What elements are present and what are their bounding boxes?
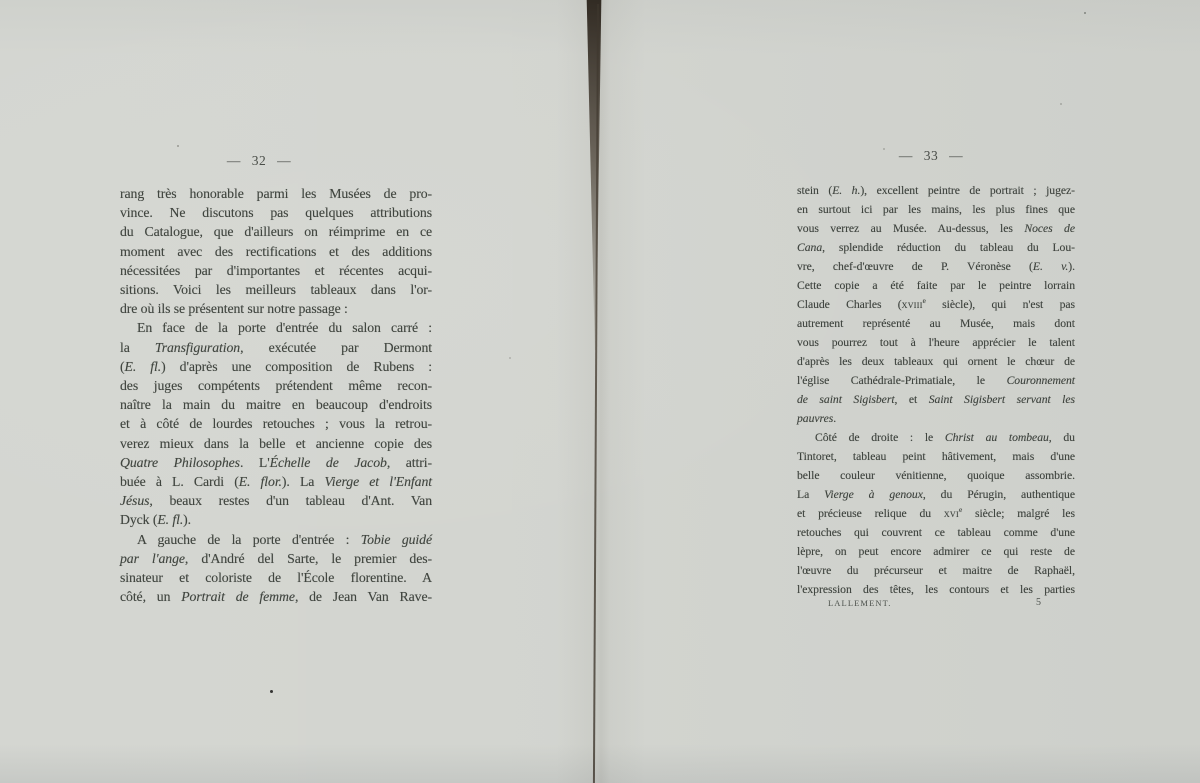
text-line: belle couleur vénitienne, quoique assomb…	[797, 466, 1075, 485]
text-segment: ).	[1068, 260, 1075, 273]
text-segment: vre, chef-d'œuvre de P. Véronèse (	[797, 260, 1033, 273]
text-segment: autrement représenté au Musée, mais dont	[797, 317, 1075, 330]
text-segment: des juges compétents prétendent même rec…	[120, 378, 432, 393]
text-segment: retouches qui couvrent ce tableau comme …	[797, 526, 1075, 539]
printer-signature: LALLEMENT.	[828, 598, 891, 608]
text-line: d'après les deux tableaux qui ornent le …	[797, 352, 1075, 371]
page-left: — 32 — rang très honorable parmi les Mus…	[0, 0, 600, 783]
text-segment: , de Jean Van Rave-	[295, 589, 432, 604]
text-segment: Côté de droite : le	[815, 431, 945, 444]
text-line: côté, un Portrait de femme, de Jean Van …	[120, 587, 432, 606]
text-segment: stein (	[797, 184, 832, 197]
italic-text: Christ au tombeau	[945, 431, 1049, 444]
text-segment: , du Pérugin, authentique	[923, 488, 1075, 501]
text-segment: vous verrez au Musée. Au-dessus, les	[797, 222, 1024, 235]
text-line: Dyck (E. fl.).	[120, 510, 432, 529]
text-segment: xvi	[944, 507, 959, 520]
text-segment: l'œuvre du précurseur et maitre de Rapha…	[797, 564, 1075, 577]
page-left-text-column: rang très honorable parmi les Musées de …	[120, 184, 432, 606]
text-line: lèpre, on peut encore admirer ce qui res…	[797, 542, 1075, 561]
text-line: en surtout ici par les mains, les plus f…	[797, 200, 1075, 219]
gutter-shadow-band	[556, 0, 646, 783]
text-line: En face de la porte d'entrée du salon ca…	[120, 318, 432, 337]
italic-text: Quatre Philosophes	[120, 455, 240, 470]
text-segment: xviii	[902, 298, 923, 311]
text-line: moment avec des rectifications et des ad…	[120, 242, 432, 261]
text-line: naître la main du maitre en beaucoup d'e…	[120, 395, 432, 414]
italic-text: par l'ange	[120, 551, 185, 566]
text-line: Côté de droite : le Christ au tombeau, d…	[797, 428, 1075, 447]
text-line: Cette copie a été faite par le peintre l…	[797, 276, 1075, 295]
italic-text: Cana	[797, 241, 822, 254]
italic-text: Portrait de femme	[181, 589, 295, 604]
text-line: par l'ange, d'André del Sarte, le premie…	[120, 549, 432, 568]
paper-speck	[1084, 12, 1086, 14]
text-line: A gauche de la porte d'entrée : Tobie gu…	[120, 530, 432, 549]
text-segment: ) d'après une composition de Rubens :	[161, 359, 432, 374]
text-line: vous verrez au Musée. Au-dessus, les Noc…	[797, 219, 1075, 238]
text-segment: l'église Cathédrale-Primatiale, le	[797, 374, 1007, 387]
text-line: l'expression des têtes, les contours et …	[797, 580, 1075, 599]
open-book-photo: — 32 — rang très honorable parmi les Mus…	[0, 0, 1200, 783]
paper-speck	[177, 145, 179, 147]
text-line: retouches qui couvrent ce tableau comme …	[797, 523, 1075, 542]
text-segment: , beaux restes d'un tableau d'Ant. Van	[149, 493, 432, 508]
italic-text: Jésus	[120, 493, 149, 508]
page-right: — 33 — stein (E. h.), excellent peintre …	[600, 0, 1200, 783]
text-segment: la	[120, 340, 155, 355]
italic-text: Transfiguration	[155, 340, 240, 355]
text-line: dre où ils se présentent sur notre passa…	[120, 299, 432, 318]
paper-speck	[509, 357, 511, 359]
text-segment: nécessitées par d'importantes et récente…	[120, 263, 432, 278]
italic-text: Échelle de Jacob	[270, 455, 387, 470]
text-segment: sitions. Voici les meilleurs tableaux da…	[120, 282, 432, 297]
text-segment: lèpre, on peut encore admirer ce qui res…	[797, 545, 1075, 558]
text-segment: .	[833, 412, 836, 425]
text-line: l'église Cathédrale-Primatiale, le Couro…	[797, 371, 1075, 390]
text-line: Cana, splendide réduction du tableau du …	[797, 238, 1075, 257]
text-line: sinateur et coloriste de l'École florent…	[120, 568, 432, 587]
text-segment: Cette copie a été faite par le peintre l…	[797, 279, 1075, 292]
text-segment: Tintoret, tableau peint hâtivement, mais…	[797, 450, 1075, 463]
text-segment: vince. Ne discutons pas quelques attribu…	[120, 205, 432, 220]
text-segment: buée à L. Cardi (	[120, 474, 239, 489]
text-line: et à côté de lourdes retouches ; vous la…	[120, 414, 432, 433]
italic-text: E. flor.	[239, 474, 282, 489]
text-line: vous pourrez tout à l'heure apprécier le…	[797, 333, 1075, 352]
text-segment: En face de la porte d'entrée du salon ca…	[137, 320, 432, 335]
text-segment: belle couleur vénitienne, quoique assomb…	[797, 469, 1075, 482]
page-number-left: — 32 —	[189, 153, 329, 169]
text-line: des juges compétents prétendent même rec…	[120, 376, 432, 395]
text-segment: , et	[895, 393, 929, 406]
text-line: La Vierge à genoux, du Pérugin, authenti…	[797, 485, 1075, 504]
text-segment: dre où ils se présentent sur notre passa…	[120, 301, 348, 316]
text-segment: Claude Charles (	[797, 298, 902, 311]
text-segment: naître la main du maitre en beaucoup d'e…	[120, 397, 432, 412]
text-segment: l'expression des têtes, les contours et …	[797, 583, 1075, 596]
text-segment: sinateur et coloriste de l'École florent…	[120, 570, 432, 585]
text-segment: verez mieux dans la belle et ancienne co…	[120, 436, 432, 451]
text-line: vince. Ne discutons pas quelques attribu…	[120, 203, 432, 222]
text-line: Claude Charles (xviiie siècle), qui n'es…	[797, 295, 1075, 314]
text-segment: côté, un	[120, 589, 181, 604]
text-segment: du Catalogue, que d'ailleurs on réimprim…	[120, 224, 432, 239]
text-segment: siècle), qui n'est pas	[926, 298, 1075, 311]
text-segment: siècle; malgré les	[962, 507, 1075, 520]
italic-text: Tobie guidé	[361, 532, 432, 547]
text-line: et précieuse relique du xvie siècle; mal…	[797, 504, 1075, 523]
text-segment: ). La	[282, 474, 325, 489]
text-line: verez mieux dans la belle et ancienne co…	[120, 434, 432, 453]
text-segment: moment avec des rectifications et des ad…	[120, 244, 432, 259]
text-segment: . L'	[240, 455, 270, 470]
text-segment: , attri-	[387, 455, 432, 470]
text-line: buée à L. Cardi (E. flor.). La Vierge et…	[120, 472, 432, 491]
text-line: du Catalogue, que d'ailleurs on réimprim…	[120, 222, 432, 241]
text-segment: , d'André del Sarte, le premier des-	[185, 551, 432, 566]
paper-speck	[270, 690, 273, 693]
text-segment: , splendide réduction du tableau du Lou-	[822, 241, 1075, 254]
sheet-number: 5	[1036, 597, 1041, 608]
text-segment: en surtout ici par les mains, les plus f…	[797, 203, 1075, 216]
text-line: Quatre Philosophes. L'Échelle de Jacob, …	[120, 453, 432, 472]
text-segment: , exécutée par Dermont	[240, 340, 432, 355]
text-line: rang très honorable parmi les Musées de …	[120, 184, 432, 203]
text-line: pauvres.	[797, 409, 1075, 428]
text-segment: et précieuse relique du	[797, 507, 944, 520]
text-line: (E. fl.) d'après une composition de Rube…	[120, 357, 432, 376]
italic-text: Couronnement	[1007, 374, 1075, 387]
text-segment: et à côté de lourdes retouches ; vous la…	[120, 416, 432, 431]
italic-text: E. fl.	[157, 512, 183, 527]
paper-speck	[883, 148, 885, 150]
text-line: l'œuvre du précurseur et maitre de Rapha…	[797, 561, 1075, 580]
text-line: sitions. Voici les meilleurs tableaux da…	[120, 280, 432, 299]
italic-text: pauvres	[797, 412, 833, 425]
text-segment: ).	[183, 512, 191, 527]
text-segment: vous pourrez tout à l'heure apprécier le…	[797, 336, 1075, 349]
text-line: Jésus, beaux restes d'un tableau d'Ant. …	[120, 491, 432, 510]
text-segment: , du	[1049, 431, 1075, 444]
text-segment: ), excellent peintre de portrait ; jugez…	[860, 184, 1075, 197]
italic-text: Saint Sigisbert servant les	[929, 393, 1075, 406]
text-segment: rang très honorable parmi les Musées de …	[120, 186, 432, 201]
text-line: nécessitées par d'importantes et récente…	[120, 261, 432, 280]
text-line: Tintoret, tableau peint hâtivement, mais…	[797, 447, 1075, 466]
page-right-text-column: stein (E. h.), excellent peintre de port…	[797, 181, 1075, 599]
italic-text: Noces de	[1024, 222, 1075, 235]
italic-text: Vierge à genoux	[824, 488, 923, 501]
text-segment: Dyck (	[120, 512, 157, 527]
text-line: vre, chef-d'œuvre de P. Véronèse (E. v.)…	[797, 257, 1075, 276]
page-number-right: — 33 —	[861, 148, 1001, 164]
italic-text: E. fl.	[125, 359, 162, 374]
paper-speck	[1060, 103, 1062, 105]
italic-text: E. v.	[1033, 260, 1068, 273]
italic-text: Vierge et l'Enfant	[324, 474, 432, 489]
text-line: la Transfiguration, exécutée par Dermont	[120, 338, 432, 357]
italic-text: de saint Sigisbert	[797, 393, 895, 406]
text-segment: d'après les deux tableaux qui ornent le …	[797, 355, 1075, 368]
text-line: de saint Sigisbert, et Saint Sigisbert s…	[797, 390, 1075, 409]
text-line: autrement représenté au Musée, mais dont	[797, 314, 1075, 333]
text-line: stein (E. h.), excellent peintre de port…	[797, 181, 1075, 200]
text-segment: La	[797, 488, 824, 501]
italic-text: E. h.	[832, 184, 860, 197]
text-segment: A gauche de la porte d'entrée :	[137, 532, 361, 547]
